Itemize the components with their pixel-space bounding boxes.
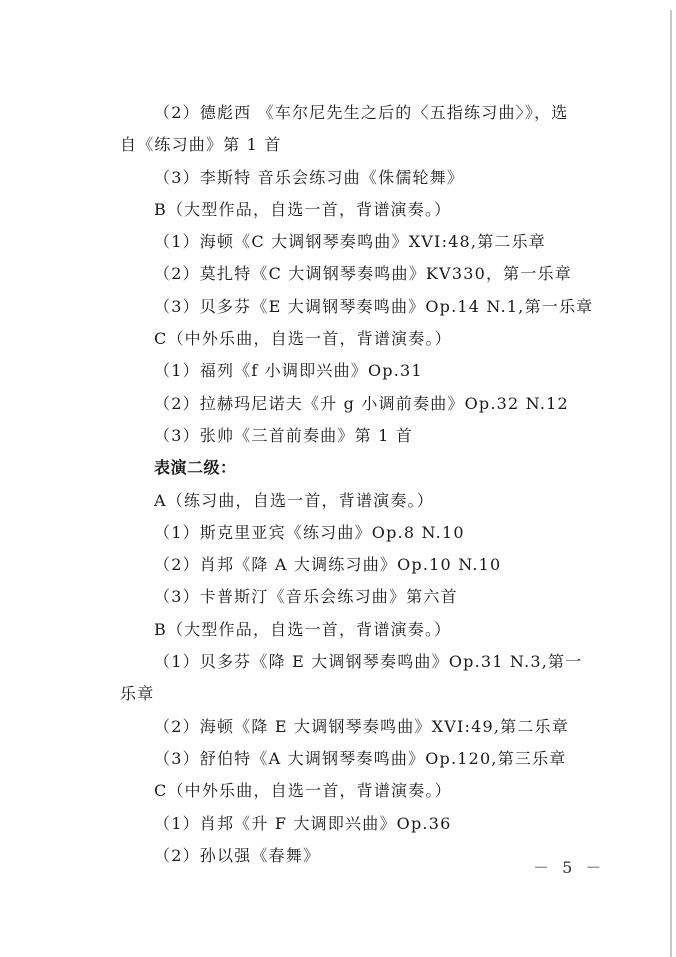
list-item: （2）孙以强《春舞》 <box>120 840 570 872</box>
text-line: 自《练习曲》第 1 首 <box>120 129 570 161</box>
document-body: （2）德彪西 《车尔尼先生之后的〈五指练习曲〉》，选 自《练习曲》第 1 首 （… <box>120 97 570 872</box>
list-item: （1）肖邦《升 F 大调即兴曲》Op.36 <box>120 808 570 840</box>
list-item: （1）贝多芬《降 E 大调钢琴奏鸣曲》Op.31 N.3,第一 <box>120 646 570 678</box>
list-item: （3）舒伯特《A 大调钢琴奏鸣曲》Op.120,第三乐章 <box>120 743 570 775</box>
section-label: B（大型作品，自选一首，背谱演奏。） <box>120 194 570 226</box>
page-number: － 5 － <box>533 855 605 878</box>
list-item: （3）张帅《三首前奏曲》第 1 首 <box>120 420 570 452</box>
level-heading: 表演二级： <box>120 452 570 484</box>
list-item: （3）贝多芬《E 大调钢琴奏鸣曲》Op.14 N.1,第一乐章 <box>120 291 570 323</box>
list-item: （2）莫扎特《C 大调钢琴奏鸣曲》KV330，第一乐章 <box>120 258 570 290</box>
page-edge-divider <box>670 10 672 957</box>
list-item: （1）斯克里亚宾《练习曲》Op.8 N.10 <box>120 517 570 549</box>
section-label: B（大型作品，自选一首，背谱演奏。） <box>120 614 570 646</box>
list-item: （1）福列《f 小调即兴曲》Op.31 <box>120 355 570 387</box>
text-line: （3）李斯特 音乐会练习曲《侏儒轮舞》 <box>120 162 570 194</box>
text-line: 乐章 <box>120 678 570 710</box>
section-label: C（中外乐曲，自选一首，背谱演奏。） <box>120 323 570 355</box>
list-item: （2）肖邦《降 A 大调练习曲》Op.10 N.10 <box>120 549 570 581</box>
section-label: A（练习曲，自选一首，背谱演奏。） <box>120 485 570 517</box>
list-item: （2）海顿《降 E 大调钢琴奏鸣曲》XVI:49,第二乐章 <box>120 711 570 743</box>
list-item: （1）海顿《C 大调钢琴奏鸣曲》XVI:48,第二乐章 <box>120 226 570 258</box>
section-label: C（中外乐曲，自选一首，背谱演奏。） <box>120 775 570 807</box>
list-item: （2）拉赫玛尼诺夫《升 g 小调前奏曲》Op.32 N.12 <box>120 388 570 420</box>
list-item: （3）卡普斯汀《音乐会练习曲》第六首 <box>120 581 570 613</box>
text-line: （2）德彪西 《车尔尼先生之后的〈五指练习曲〉》，选 <box>120 97 570 129</box>
